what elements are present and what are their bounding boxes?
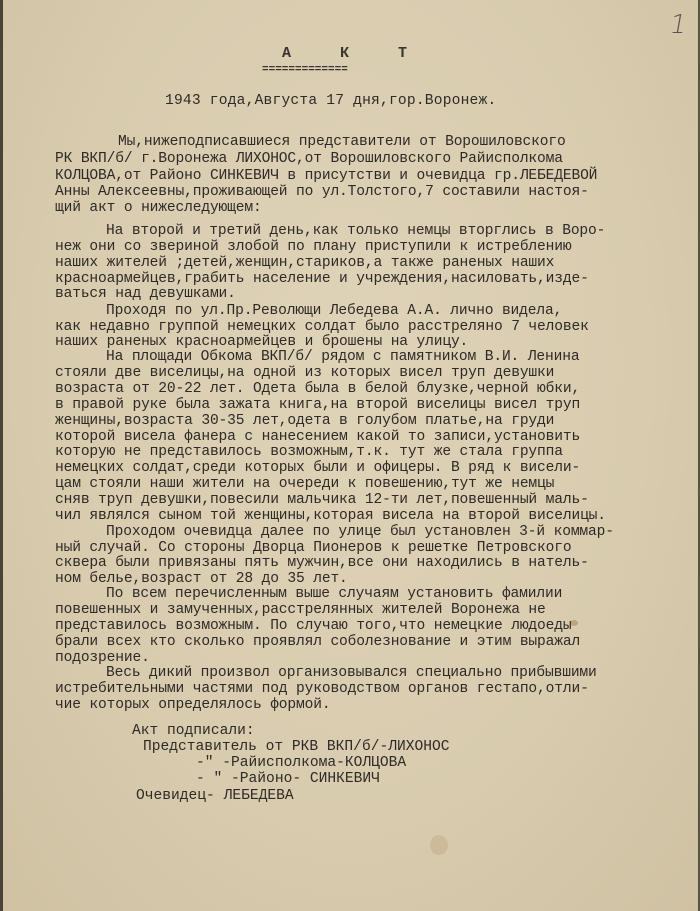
signature-line: -" -Райисполкома-КОЛЦОВА [196,755,406,771]
body-line: наших жителей ;детей,женщин,стариков,а т… [55,255,554,271]
signature-line: Представитель от РКВ ВКП/б/-ЛИХОНОС [143,739,450,755]
body-line: ный случай. Со стороны Дворца Пионеров к… [55,540,571,556]
body-line: красноармейцев,грабить население и учреж… [55,271,589,287]
body-line: ваться над девушками. [55,286,236,302]
body-line: Анны Алексеевны,проживающей по ул.Толсто… [55,184,589,200]
body-line: Мы,нижеподписавшиеся представители от Во… [118,134,566,150]
body-line: возраста от 20-22 лет. Одета была в бело… [55,381,580,397]
document-dateline: 1943 года,Августа 17 дня,гор.Воронеж. [165,93,496,109]
body-line: цам стояли наши жители на очереди к пове… [55,476,554,492]
title-underline: ============= [262,64,348,76]
body-line: представилось возможным. По случаю того,… [55,618,571,634]
body-line: На площади Обкома ВКП/б/ рядом с памятни… [106,349,579,365]
body-line: в правой руке была зажата книга,на второ… [55,397,580,413]
body-line: женщины,возраста 30-35 лет,одета в голуб… [55,413,554,429]
body-line: ном белье,возраст от 28 до 35 лет. [55,571,348,587]
body-line: Проходом очевидца далее по улице был уст… [106,524,614,540]
body-line: щий акт о нижеследующем: [55,200,262,216]
body-line: неж они со звериной злобой по плану прис… [55,239,571,255]
body-line: брали всех кто сколько проявлял соболезн… [55,634,580,650]
body-line: сквера были привязаны пять мужчин,все он… [55,555,589,571]
body-line: истребительными частями под руководством… [55,681,589,697]
signatures-heading: Акт подписали: [132,723,255,739]
body-line: Проходя по ул.Пр.Револющи Лебедева А.А. … [106,303,562,319]
body-line: РК ВКП/б/ г.Воронежа ЛИХОНОС,от Ворошило… [55,151,563,167]
page-left-edge [0,0,3,911]
body-line: которую не представилось возможным,т.к. … [55,444,563,460]
body-line: чил являлся сыном той женщины,которая ви… [55,508,606,524]
body-line: сняв труп девушки,повесили мальчика 12-т… [55,492,589,508]
body-line: КОЛЦОВА,от Районо СИНКЕВИЧ в присутстви … [55,168,597,184]
body-line: По всем перечисленным выше случаям устан… [106,586,562,602]
body-line: как недавно группой немецких солдат было… [55,319,589,335]
document-page: 1 А К Т ============= 1943 года,Августа … [0,0,700,911]
signature-line: Очевидец- ЛЕБЕДЕВА [136,788,294,804]
body-line: подозрение. [55,650,150,666]
signature-line: - " -Районо- СИНКЕВИЧ [196,771,380,787]
body-line: чие которых определялось формой. [55,697,330,713]
body-line: немецких солдат,среди которых были и офи… [55,460,580,476]
paper-stain [430,835,448,855]
body-line: наших раненых красноармейцев и брошены н… [55,334,468,350]
body-line: которой висела фанера с нанесением какой… [55,429,580,445]
body-line: Весь дикий произвол организовывался спец… [106,665,597,681]
body-line: На второй и третий день,как только немцы… [106,223,605,239]
document-title: А К Т [282,45,427,62]
body-line: повешенных и замученных,расстрелянных жи… [55,602,546,618]
handwritten-page-number: 1 [667,10,689,40]
body-line: стояли две виселицы,на одной из которых … [55,365,554,381]
